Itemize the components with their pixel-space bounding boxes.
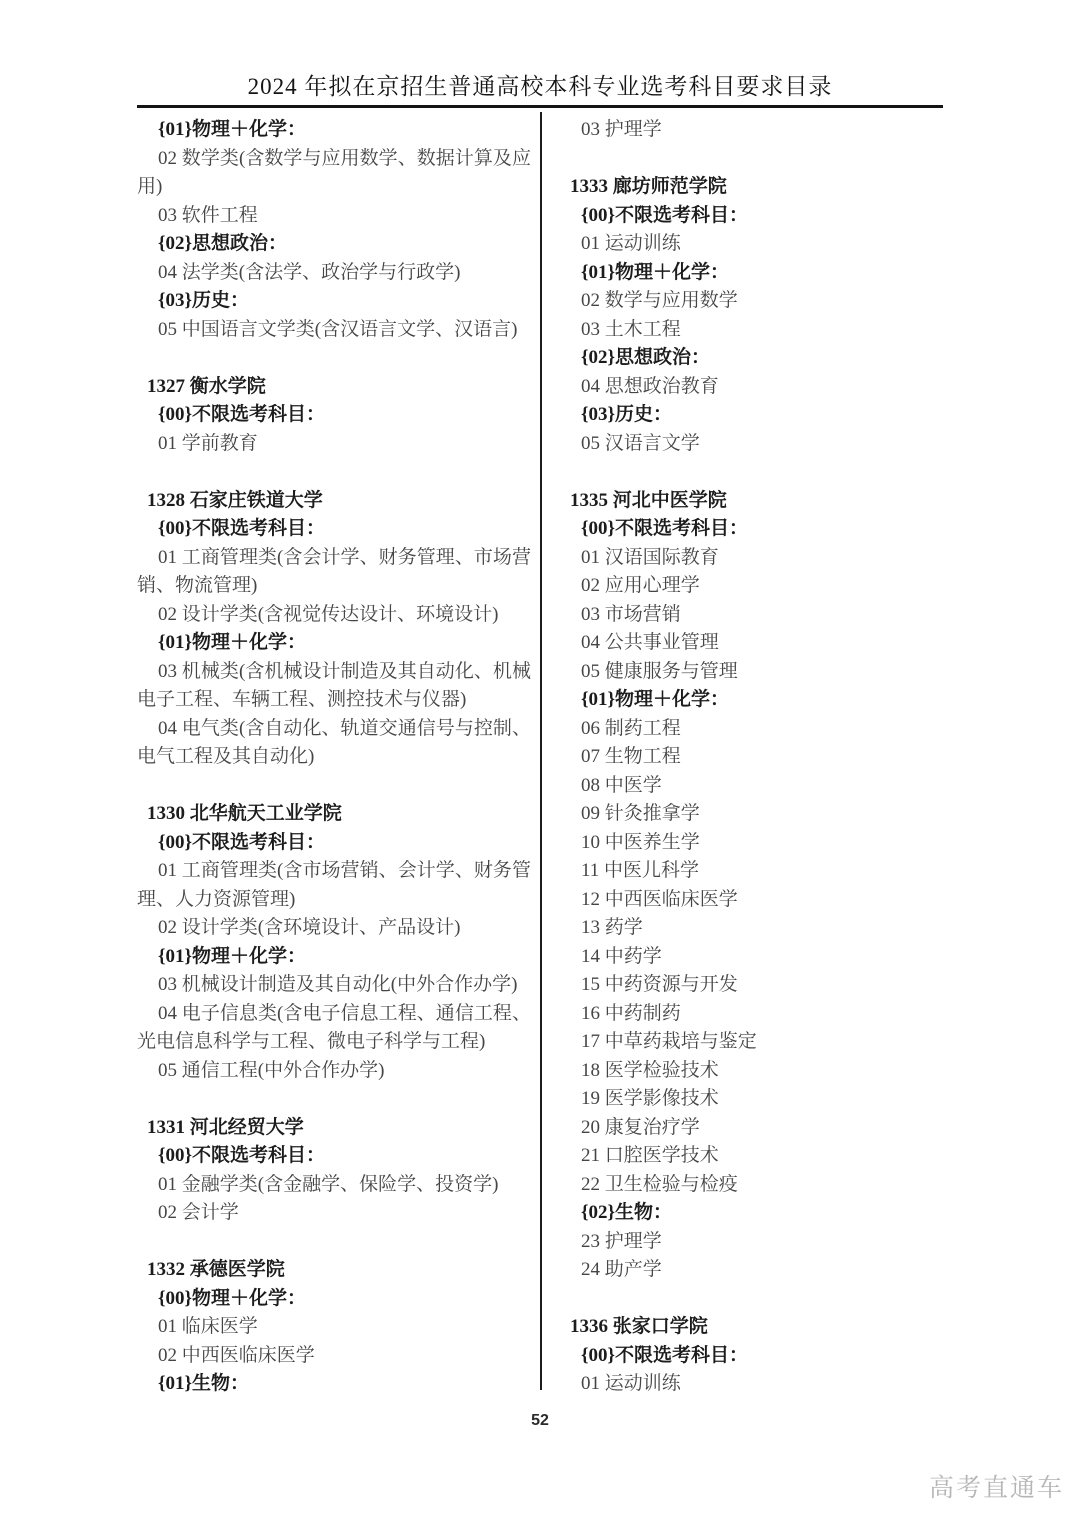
- major-item: 07 生物工程: [560, 743, 954, 772]
- major-item: 03 土木工程: [560, 316, 954, 345]
- major-item: 12 中西医临床医学: [560, 886, 954, 915]
- subject-requirement: {00}物理＋化学：: [137, 1285, 531, 1314]
- major-item: 03 软件工程: [137, 202, 531, 231]
- major-item: 05 中国语言文学类(含汉语言文学、汉语言): [137, 316, 531, 345]
- major-item: 14 中药学: [560, 943, 954, 972]
- major-item: 13 药学: [560, 914, 954, 943]
- school-heading: 1332 承德医学院: [137, 1256, 531, 1285]
- major-item: 02 设计学类(含视觉传达设计、环境设计): [137, 601, 531, 630]
- school-heading: 1330 北华航天工业学院: [137, 800, 531, 829]
- school-heading: 1335 河北中医学院: [560, 487, 954, 516]
- major-item: 02 数学与应用数学: [560, 287, 954, 316]
- major-item: 10 中医养生学: [560, 829, 954, 858]
- school-heading: 1327 衡水学院: [137, 373, 531, 402]
- subject-requirement: {02}思想政治：: [137, 230, 531, 259]
- major-item: 01 工商管理类(含市场营销、会计学、财务管理、人力资源管理): [137, 857, 531, 914]
- subject-requirement: {02}生物：: [560, 1199, 954, 1228]
- major-item: 02 会计学: [137, 1199, 531, 1228]
- header-rule: [137, 105, 943, 108]
- major-item: 05 通信工程(中外合作办学): [137, 1057, 531, 1086]
- major-item: 02 数学类(含数学与应用数学、数据计算及应用): [137, 145, 531, 202]
- subject-requirement: {03}历史：: [137, 287, 531, 316]
- major-item: 03 机械设计制造及其自动化(中外合作办学): [137, 971, 531, 1000]
- major-item: 15 中药资源与开发: [560, 971, 954, 1000]
- major-item: 01 金融学类(含金融学、保险学、投资学): [137, 1171, 531, 1200]
- major-item: 01 临床医学: [137, 1313, 531, 1342]
- major-item: 16 中药制药: [560, 1000, 954, 1029]
- major-item: 01 运动训练: [560, 1370, 954, 1399]
- major-item: 02 设计学类(含环境设计、产品设计): [137, 914, 531, 943]
- major-item: 11 中医儿科学: [560, 857, 954, 886]
- major-item: 04 思想政治教育: [560, 373, 954, 402]
- subject-requirement: {01}物理＋化学：: [560, 686, 954, 715]
- page-title: 2024 年拟在京招生普通高校本科专业选考科目要求目录: [137, 68, 943, 101]
- major-item: 01 工商管理类(含会计学、财务管理、市场营销、物流管理): [137, 544, 531, 601]
- subject-requirement: {00}不限选考科目：: [137, 515, 531, 544]
- major-item: 03 市场营销: [560, 601, 954, 630]
- major-item: 17 中草药栽培与鉴定: [560, 1028, 954, 1057]
- major-item: 03 机械类(含机械设计制造及其自动化、机械电子工程、车辆工程、测控技术与仪器): [137, 658, 531, 715]
- school-heading: 1331 河北经贸大学: [137, 1114, 531, 1143]
- major-item: 23 护理学: [560, 1228, 954, 1257]
- major-item: 18 医学检验技术: [560, 1057, 954, 1086]
- right-column: 03 护理学1333 廊坊师范学院{00}不限选考科目：01 运动训练{01}物…: [560, 116, 954, 1399]
- subject-requirement: {00}不限选考科目：: [560, 1342, 954, 1371]
- major-item: 02 应用心理学: [560, 572, 954, 601]
- major-item: 05 健康服务与管理: [560, 658, 954, 687]
- major-item: 19 医学影像技术: [560, 1085, 954, 1114]
- subject-requirement: {01}物理＋化学：: [137, 943, 531, 972]
- major-item: 04 公共事业管理: [560, 629, 954, 658]
- major-item: 21 口腔医学技术: [560, 1142, 954, 1171]
- subject-requirement: {00}不限选考科目：: [137, 1142, 531, 1171]
- subject-requirement: {01}物理＋化学：: [137, 629, 531, 658]
- column-divider: [540, 112, 542, 1390]
- major-item: 03 护理学: [560, 116, 954, 145]
- major-item: 24 助产学: [560, 1256, 954, 1285]
- major-item: 04 电子信息类(含电子信息工程、通信工程、光电信息科学与工程、微电子科学与工程…: [137, 1000, 531, 1057]
- major-item: 04 法学类(含法学、政治学与行政学): [137, 259, 531, 288]
- major-item: 09 针灸推拿学: [560, 800, 954, 829]
- subject-requirement: {00}不限选考科目：: [560, 515, 954, 544]
- major-item: 01 运动训练: [560, 230, 954, 259]
- school-heading: 1328 石家庄铁道大学: [137, 487, 531, 516]
- page-number: 52: [0, 1412, 1080, 1430]
- subject-requirement: {00}不限选考科目：: [137, 401, 531, 430]
- subject-requirement: {02}思想政治：: [560, 344, 954, 373]
- subject-requirement: {01}物理＋化学：: [560, 259, 954, 288]
- major-item: 05 汉语言文学: [560, 430, 954, 459]
- school-heading: 1333 廊坊师范学院: [560, 173, 954, 202]
- subject-requirement: {00}不限选考科目：: [137, 829, 531, 858]
- school-heading: 1336 张家口学院: [560, 1313, 954, 1342]
- subject-requirement: {01}物理＋化学：: [137, 116, 531, 145]
- major-item: 06 制药工程: [560, 715, 954, 744]
- watermark: 高考直通车: [929, 1468, 1064, 1504]
- major-item: 20 康复治疗学: [560, 1114, 954, 1143]
- major-item: 22 卫生检验与检疫: [560, 1171, 954, 1200]
- document-page: 2024 年拟在京招生普通高校本科专业选考科目要求目录 {01}物理＋化学：02…: [0, 0, 1080, 1527]
- major-item: 01 汉语国际教育: [560, 544, 954, 573]
- subject-requirement: {03}历史：: [560, 401, 954, 430]
- major-item: 01 学前教育: [137, 430, 531, 459]
- major-item: 08 中医学: [560, 772, 954, 801]
- subject-requirement: {00}不限选考科目：: [560, 202, 954, 231]
- subject-requirement: {01}生物：: [137, 1370, 531, 1399]
- major-item: 04 电气类(含自动化、轨道交通信号与控制、电气工程及其自动化): [137, 715, 531, 772]
- major-item: 02 中西医临床医学: [137, 1342, 531, 1371]
- left-column: {01}物理＋化学：02 数学类(含数学与应用数学、数据计算及应用)03 软件工…: [137, 116, 531, 1399]
